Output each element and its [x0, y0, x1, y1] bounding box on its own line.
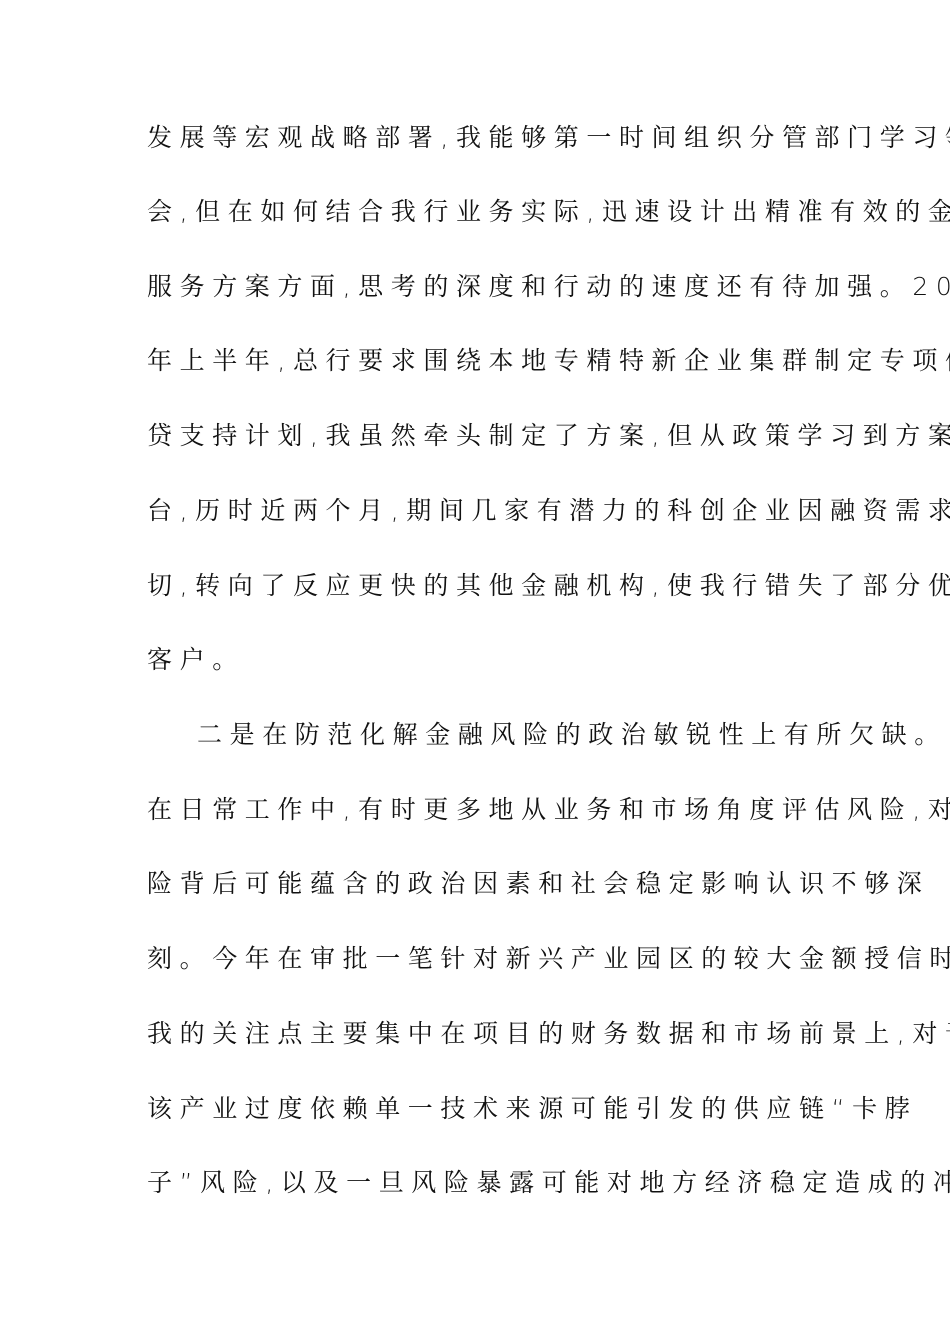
text-line: 我的关注点主要集中在项目的财务数据和市场前景上,对于: [147, 1014, 807, 1054]
text-line: 台,历时近两个月,期间几家有潜力的科创企业因融资需求迫: [147, 491, 807, 531]
text-line: 该产业过度依赖单一技术来源可能引发的供应链“卡脖: [147, 1089, 807, 1129]
text-line: 年上半年,总行要求围绕本地专精特新企业集群制定专项信: [147, 341, 807, 381]
text-line: 会,但在如何结合我行业务实际,迅速设计出精准有效的金融: [147, 192, 807, 232]
text-line-indented: 二是在防范化解金融风险的政治敏锐性上有所欠缺。: [197, 715, 857, 755]
text-line: 发展等宏观战略部署,我能够第一时间组织分管部门学习领: [147, 118, 807, 158]
document-page: 发展等宏观战略部署,我能够第一时间组织分管部门学习领 会,但在如何结合我行业务实…: [0, 0, 950, 1344]
text-line: 刻。今年在审批一笔针对新兴产业园区的较大金额授信时,: [147, 939, 807, 979]
text-line: 在日常工作中,有时更多地从业务和市场角度评估风险,对风: [147, 790, 807, 830]
text-line: 贷支持计划,我虽然牵头制定了方案,但从政策学习到方案出: [147, 416, 807, 456]
text-line: 服务方案方面,思考的深度和行动的速度还有待加强。2025: [147, 267, 807, 307]
text-line: 子”风险,以及一旦风险暴露可能对地方经济稳定造成的冲: [147, 1163, 807, 1203]
text-line: 险背后可能蕴含的政治因素和社会稳定影响认识不够深: [147, 864, 807, 904]
text-line: 切,转向了反应更快的其他金融机构,使我行错失了部分优质: [147, 566, 807, 606]
text-line: 客户。: [147, 640, 807, 680]
